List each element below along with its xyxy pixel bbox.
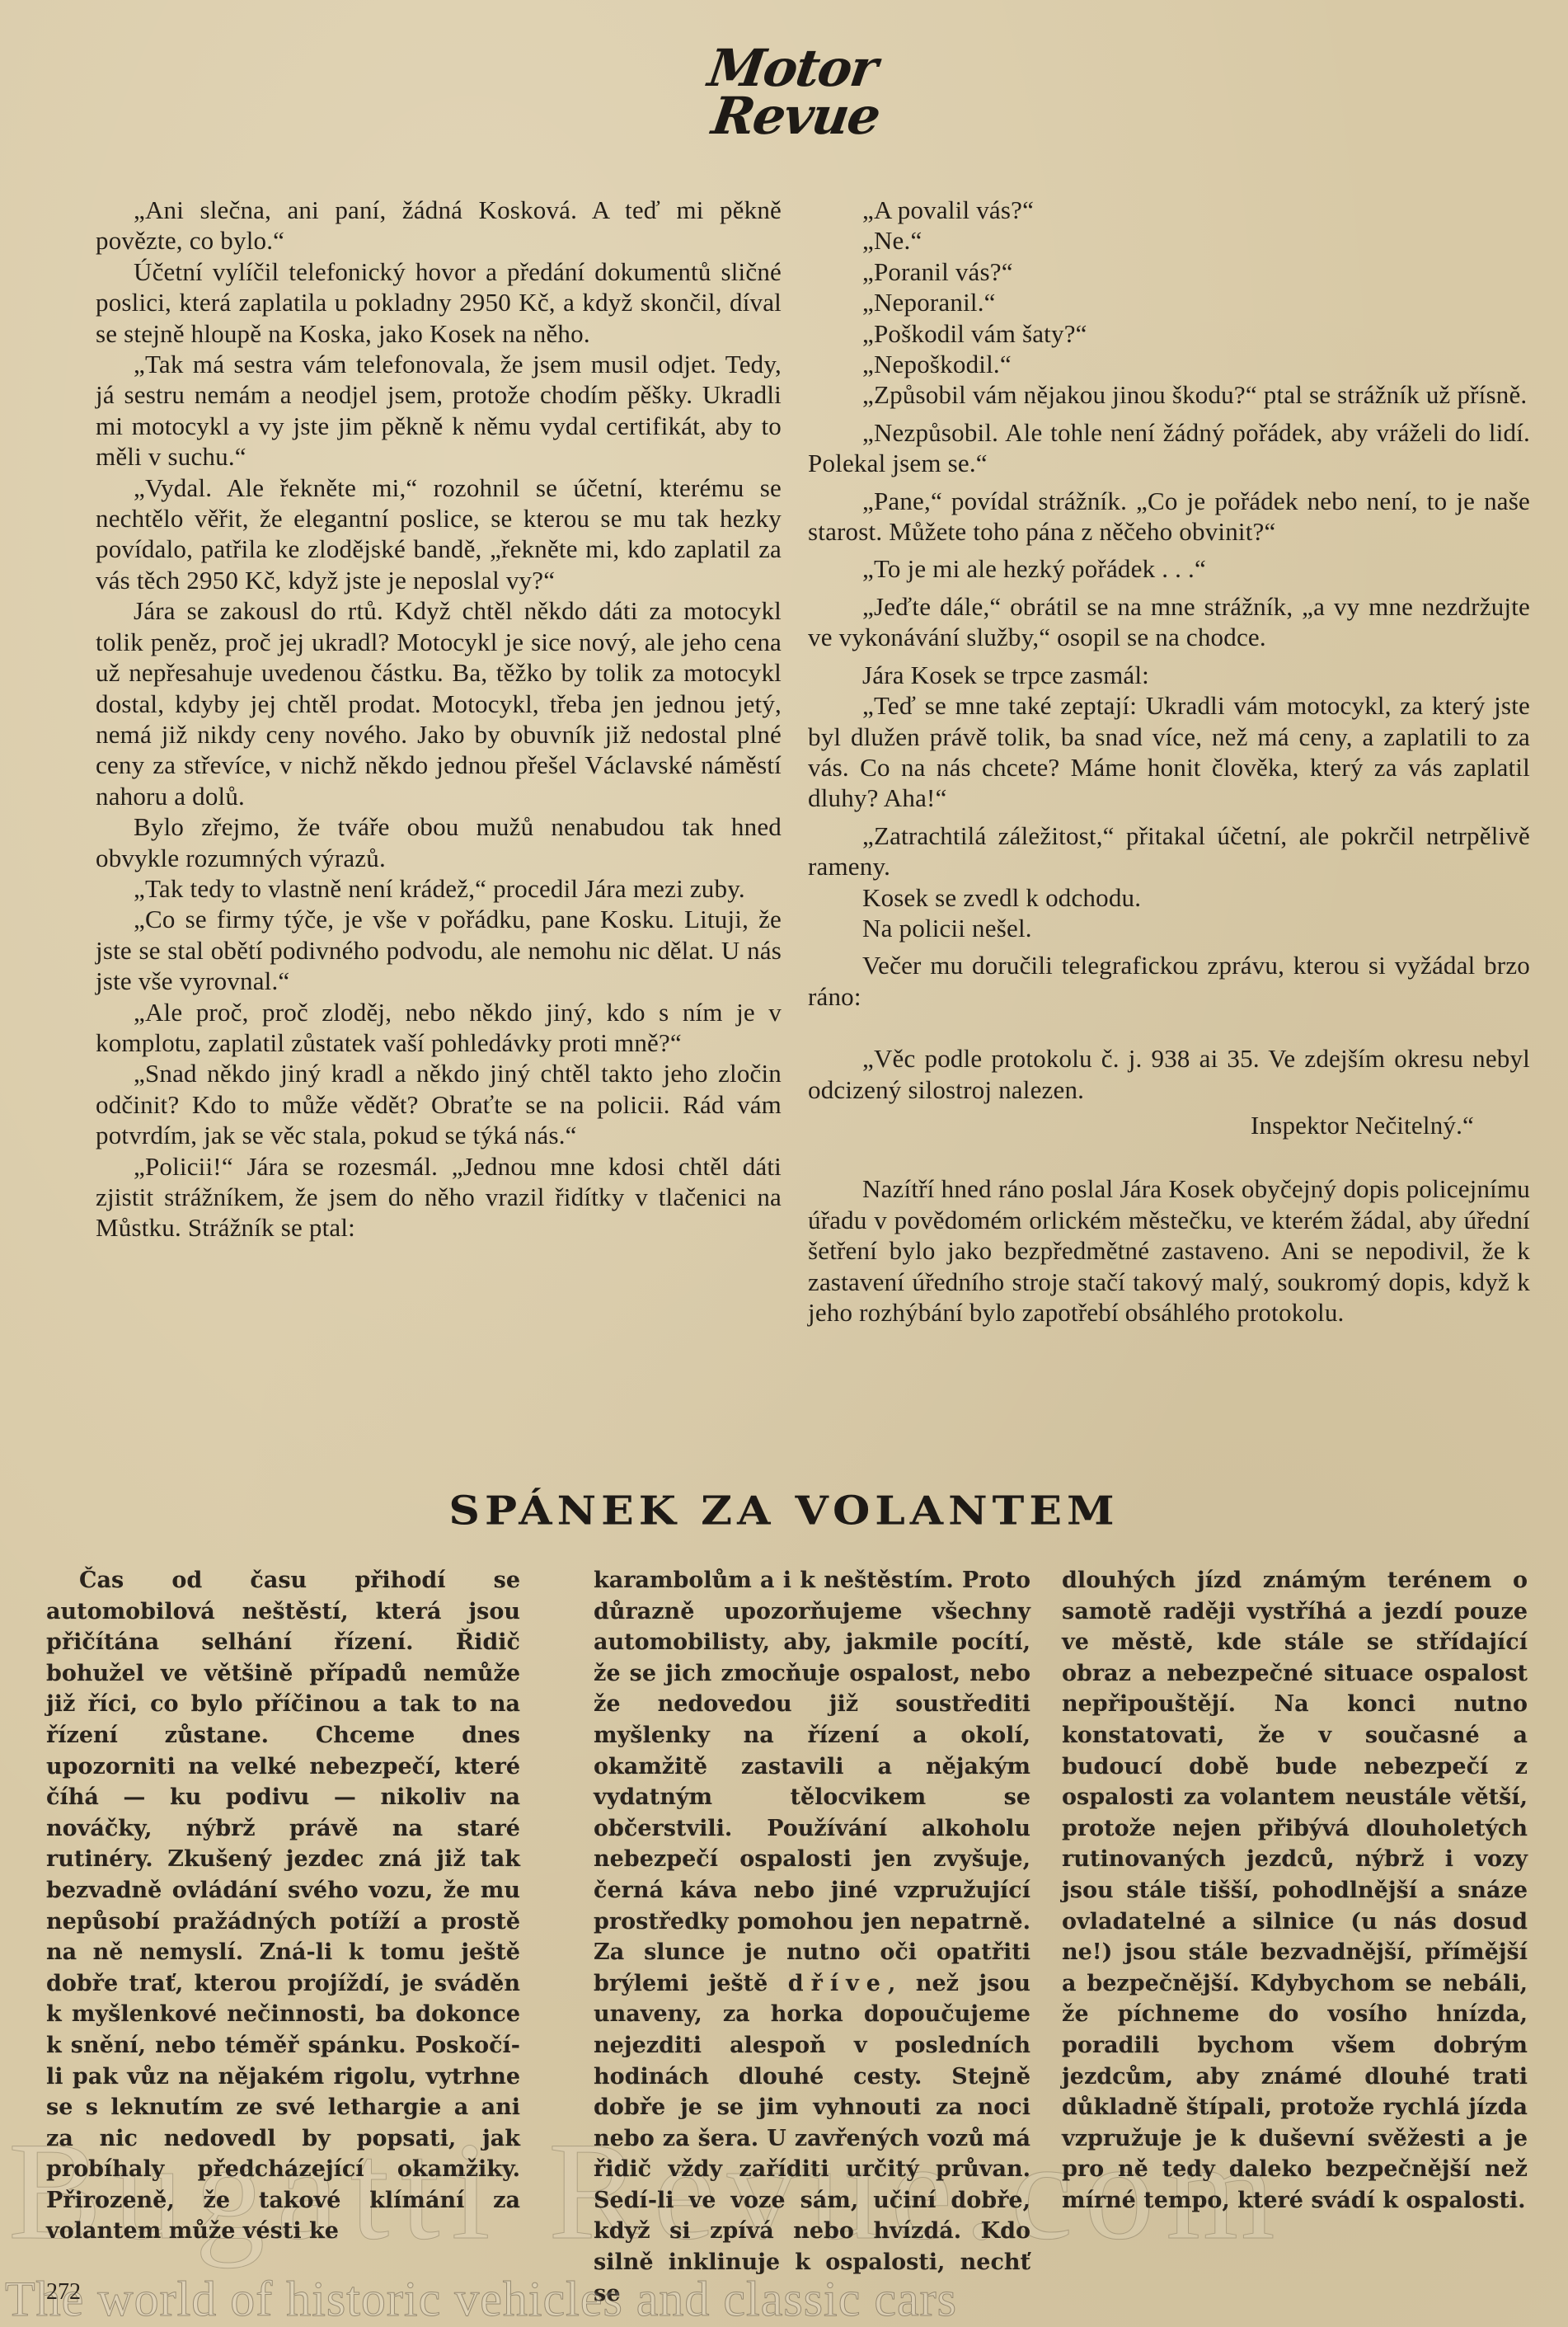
paragraph: „To je mi ale hezký pořádek . . .“ [808,553,1530,584]
paragraph: „Policii!“ Jára se rozesmál. „Jednou mne… [96,1151,782,1243]
paragraph: „Neporanil.“ [808,287,1530,317]
paragraph: „Nepoškodil.“ [808,349,1530,379]
paragraph: „Tak má sestra vám telefonovala, že jsem… [96,349,782,472]
paragraph: „Pane,“ povídal strážník. „Co je pořádek… [808,486,1530,548]
article-paragraph: dlouhých jízd známým terénem o samotě ra… [1062,1565,1528,2216]
story-column-right: „A povalil vás?“ „Ne.“ „Poranil vás?“ „N… [808,195,1530,1328]
page-number: 272 [46,2279,81,2306]
telegram-text: „Věc podle protokolu č. j. 938 ai 35. Ve… [808,1043,1530,1105]
paragraph: Jára se zakousl do rtů. Když chtěl někdo… [96,595,782,811]
article-headline: SPÁNEK ZA VOLANTEM [0,1488,1568,1534]
paragraph: „Co se firmy týče, je vše v pořádku, pan… [96,904,782,996]
paragraph: „Teď se mne také zeptají: Ukradli vám mo… [808,690,1530,814]
paragraph: „Poškodil vám šaty?“ [808,318,1530,349]
paragraph: „Způsobil vám nějakou jinou škodu?“ ptal… [808,379,1530,410]
paragraph: „Tak tedy to vlastně není krádež,“ proce… [96,873,782,904]
masthead-line-2: Revue [8,91,1568,142]
telegram-signature: Inspektor Nečitelný.“ [808,1110,1530,1140]
article-paragraph: Čas od času přihodí se automobilová nešt… [46,1565,520,2247]
paragraph: „Snad někdo jiný kradl a někdo jiný chtě… [96,1058,782,1150]
paragraph: „Nezpůsobil. Ale tohle není žádný pořáde… [808,417,1530,479]
paragraph: Nazítří hned ráno poslal Jára Kosek obyč… [808,1173,1530,1328]
paragraph: „Ne.“ [808,225,1530,256]
article-text: , než jsou unaveny, za horka dopoučujeme… [594,1971,1030,2306]
article-column-1: Čas od času přihodí se automobilová nešt… [46,1565,520,2247]
watermark-text: The world of historic vehicles and class… [5,2271,957,2327]
paragraph: Bylo zřejmo, že tváře obou mužů nenabudo… [96,811,782,873]
paragraph: „Vydal. Ale řekněte mi,“ rozohnil se úče… [96,472,782,596]
paragraph: Večer mu doručili telegrafickou zprávu, … [808,950,1530,1012]
article-paragraph: karambolům a i k neštěstím. Proto důrazn… [594,1565,1030,2309]
paragraph: Na policii nešel. [808,913,1530,943]
article-text: karambolům a i k neštěstím. Proto důrazn… [594,1568,1030,1996]
article-column-2: karambolům a i k neštěstím. Proto důrazn… [594,1565,1030,2309]
article-column-3: dlouhých jízd známým terénem o samotě ra… [1062,1565,1528,2216]
paragraph: „Ale proč, proč zloděj, nebo někdo jiný,… [96,997,782,1059]
paragraph: „A povalil vás?“ [808,195,1530,225]
story-column-left: „Ani slečna, ani paní, žádná Kosková. A … [96,195,782,1243]
paragraph: Kosek se zvedl k odchodu. [808,882,1530,913]
paragraph: „Ani slečna, ani paní, žádná Kosková. A … [96,195,782,256]
paragraph: „Zatrachtilá záležitost,“ přitakal účetn… [808,820,1530,882]
paragraph: „Jeďte dále,“ obrátil se na mne strážník… [808,591,1530,653]
magazine-masthead: Motor Revue [0,43,1568,142]
emphasized-word: dříve [788,1971,888,1996]
paragraph: „Poranil vás?“ [808,256,1530,287]
paragraph: Jára Kosek se trpce zasmál: [808,660,1530,690]
paragraph: Účetní vylíčil telefonický hovor a předá… [96,256,782,349]
